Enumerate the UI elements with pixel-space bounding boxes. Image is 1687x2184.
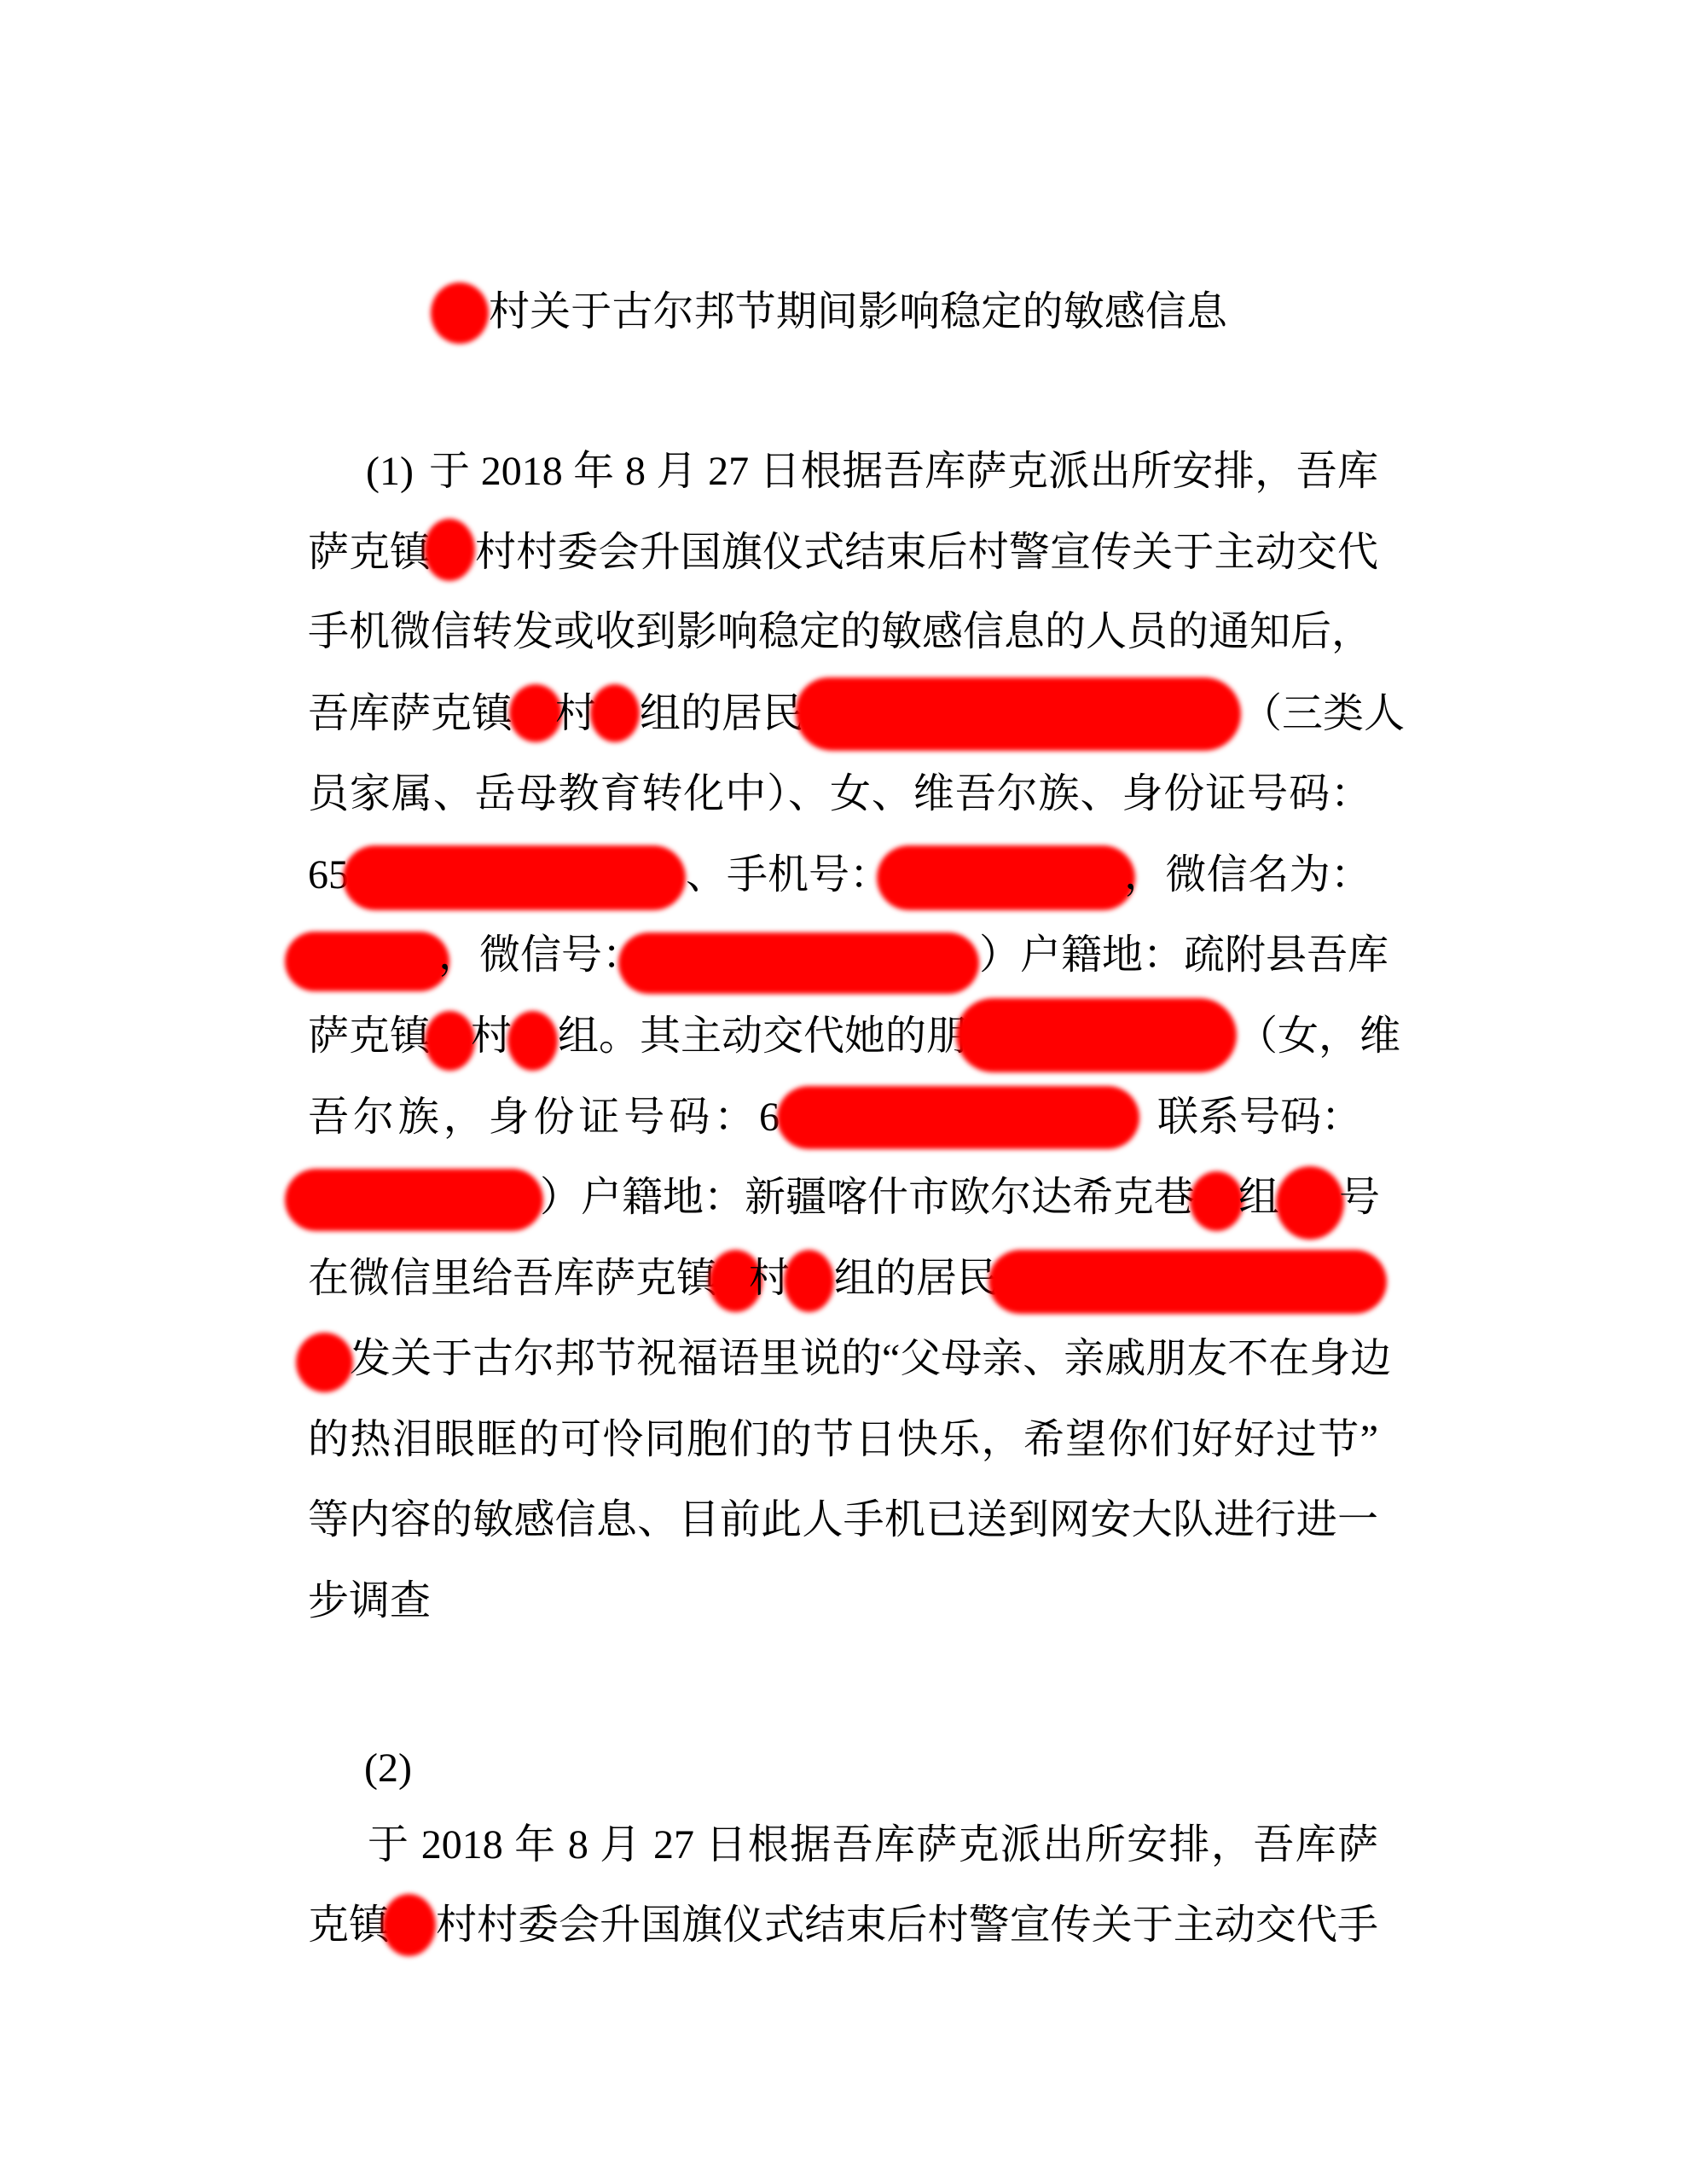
redaction-mark (618, 932, 979, 994)
line-text: ）户籍地：疏附县吾库 (979, 930, 1378, 981)
section-label: (2) (364, 1743, 412, 1794)
line-text: 村 (471, 1011, 512, 1062)
line-text: 组。其主动交代她的朋 (558, 1011, 956, 1062)
line-text: 手机微信转发或收到影响稳定的敏感信息的人员的通知后， (308, 607, 1357, 658)
redaction-mark (425, 1011, 475, 1071)
line-text: 村村委会升国旗仪式结束后村警宣传关于主动交代 (475, 527, 1378, 578)
redaction-mark (590, 684, 640, 742)
redaction-mark (507, 1011, 558, 1071)
redaction-mark (285, 1169, 543, 1231)
line-text: 村村委会升国旗仪式结束后村警宣传关于主动交代手 (436, 1900, 1378, 1951)
line-text: （女，维 (1237, 1011, 1378, 1062)
line-text: 吾库萨克镇 (308, 688, 509, 740)
line-text: 吾尔族，身份证号码：6 (308, 1092, 780, 1143)
document-page: 村关于古尔邦节期间影响稳定的敏感信息 (1) 于 2018 年 8 月 27 日… (0, 0, 1687, 2184)
redaction-mark (784, 1250, 834, 1312)
line-text: 、手机号： (686, 850, 873, 901)
redaction-mark (431, 282, 489, 344)
redaction-mark (1190, 1171, 1244, 1231)
line-text: 等内容的敏感信息、目前此人手机已送到网安大队进行进一 (308, 1495, 1378, 1546)
redaction-mark (424, 519, 475, 581)
title-text: 村关于古尔邦节期间影响稳定的敏感信息 (489, 287, 1227, 338)
line-text: 号 (1339, 1172, 1380, 1223)
redaction-mark (956, 998, 1237, 1072)
redaction-mark (296, 1333, 353, 1392)
line-text: 萨克镇 (308, 527, 426, 578)
line-text: 员家属、岳母教育转化中）、女、维吾尔族、身份证号码： (308, 769, 1371, 820)
redaction-mark (988, 1250, 1387, 1314)
line-text: 步调查 (308, 1576, 431, 1627)
line-text: 克镇 (308, 1900, 385, 1951)
redaction-mark (777, 1086, 1139, 1149)
line-text: 于 2018 年 8 月 27 日根据吾库萨克派出所安排，吾库 (429, 446, 1378, 497)
line-text: 萨克镇 (308, 1011, 426, 1062)
line-text: （三类人 (1241, 688, 1378, 740)
redaction-mark (285, 932, 449, 991)
redaction-mark (877, 845, 1135, 910)
line-text: 发关于古尔邦节祝福语里说的“父母亲、亲戚朋友不在身边 (350, 1333, 1378, 1385)
line-text: ）户籍地：新疆喀什市欧尔达希克巷 (540, 1172, 1190, 1223)
redaction-mark (796, 677, 1241, 751)
line-text: 组的居民 (834, 1253, 988, 1304)
line-text: ，微信名为： (1124, 850, 1371, 901)
line-text: 的热泪眼眶的可怜同胞们的节日快乐，希望你们好好过节” (308, 1414, 1378, 1466)
line-text: 组的居民 (640, 688, 796, 740)
redaction-mark (509, 684, 562, 742)
line-text: 于 2018 年 8 月 27 日根据吾库萨克派出所安排，吾库萨 (368, 1820, 1378, 1871)
redaction-mark (1276, 1166, 1344, 1240)
line-text: 组 (1238, 1172, 1279, 1223)
line-text: 在微信里给吾库萨克镇 (308, 1253, 709, 1304)
redaction-mark (343, 845, 686, 910)
redaction-mark (382, 1894, 436, 1956)
line-text: 联系号码： (1157, 1092, 1362, 1143)
section-label: (1) (366, 446, 414, 497)
line-text: ，微信号： (438, 930, 617, 981)
